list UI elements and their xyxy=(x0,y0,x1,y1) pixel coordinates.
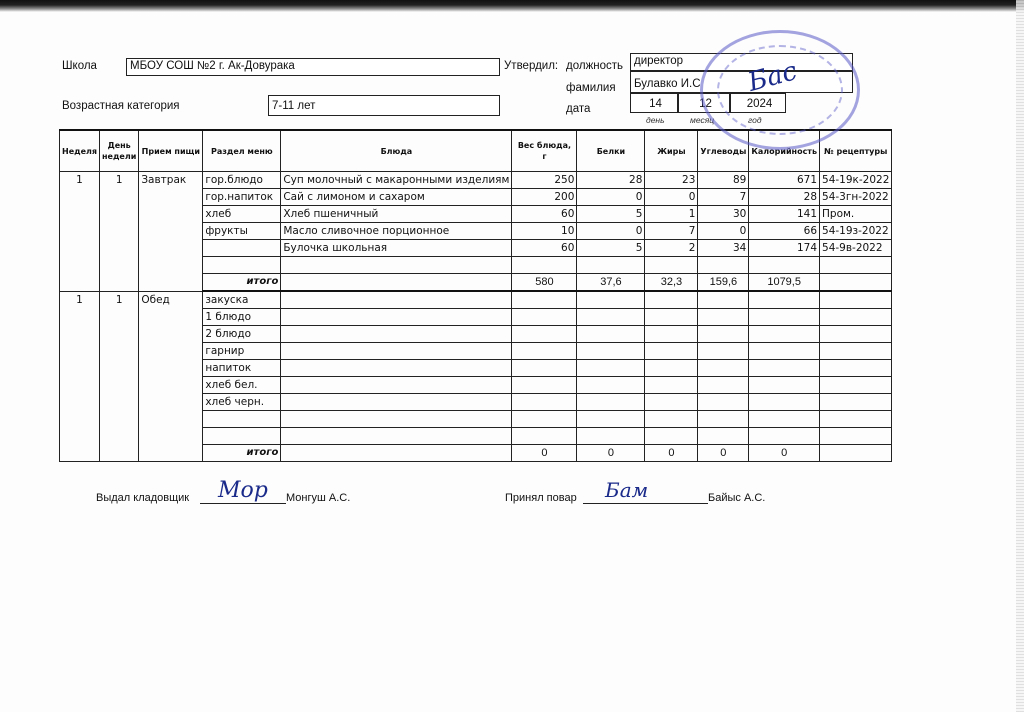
empty-cell xyxy=(512,309,577,326)
empty-cell xyxy=(512,428,577,445)
empty-cell xyxy=(698,377,749,394)
kcal-cell: 141 xyxy=(749,206,820,223)
empty-cell xyxy=(281,326,512,343)
meal-cell: Обед xyxy=(139,291,203,462)
total-weight: 0 xyxy=(512,445,577,462)
empty-cell xyxy=(749,428,820,445)
menu-table: Неделя День недели Прием пищи Раздел мен… xyxy=(59,129,892,462)
kcal-cell xyxy=(749,257,820,274)
col-dish: Блюда xyxy=(281,130,512,172)
empty-cell xyxy=(512,326,577,343)
empty-cell xyxy=(577,360,645,377)
total-recipe-cell xyxy=(820,445,892,462)
total-dish-cell xyxy=(281,274,512,292)
breakfast-section: 11Завтракгор.блюдоСуп молочный с макарон… xyxy=(60,172,892,292)
empty-cell xyxy=(645,291,698,309)
weight-cell: 10 xyxy=(512,223,577,240)
empty-cell xyxy=(645,377,698,394)
weight-cell: 200 xyxy=(512,189,577,206)
received-signature-line xyxy=(583,503,708,504)
kcal-cell: 671 xyxy=(749,172,820,189)
empty-cell xyxy=(577,394,645,411)
empty-cell xyxy=(645,360,698,377)
empty-cell xyxy=(749,309,820,326)
section-cell xyxy=(203,428,281,445)
recipe-cell: 54-19к-2022 xyxy=(820,172,892,189)
total-label: итого xyxy=(203,445,281,462)
school-label: Школа xyxy=(62,60,97,72)
empty-cell xyxy=(281,343,512,360)
section-cell xyxy=(203,240,281,257)
recipe-cell xyxy=(820,257,892,274)
table-row: 11Обедзакуска xyxy=(60,291,892,309)
scan-edge-right xyxy=(1016,0,1024,712)
fat-cell: 1 xyxy=(645,206,698,223)
empty-cell xyxy=(749,360,820,377)
empty-cell xyxy=(749,377,820,394)
surname-label: фамилия xyxy=(566,82,616,94)
section-cell: фрукты xyxy=(203,223,281,240)
empty-cell xyxy=(698,343,749,360)
total-fat: 32,3 xyxy=(645,274,698,292)
weight-cell: 250 xyxy=(512,172,577,189)
empty-cell xyxy=(820,428,892,445)
empty-cell xyxy=(512,360,577,377)
section-cell: гарнир xyxy=(203,343,281,360)
empty-cell xyxy=(749,394,820,411)
protein-cell: 5 xyxy=(577,240,645,257)
empty-cell xyxy=(820,394,892,411)
empty-cell xyxy=(577,309,645,326)
weight-cell: 60 xyxy=(512,206,577,223)
issued-signature: Мор xyxy=(218,478,268,503)
empty-cell xyxy=(820,360,892,377)
day-caption: день xyxy=(646,115,665,125)
carbs-cell xyxy=(698,257,749,274)
table-row: 11Завтракгор.блюдоСуп молочный с макарон… xyxy=(60,172,892,189)
empty-cell xyxy=(645,326,698,343)
protein-cell: 5 xyxy=(577,206,645,223)
carbs-cell: 30 xyxy=(698,206,749,223)
recipe-cell: 54-3гн-2022 xyxy=(820,189,892,206)
total-label: итого xyxy=(203,274,281,292)
col-week: Неделя xyxy=(60,130,100,172)
protein-cell: 0 xyxy=(577,189,645,206)
empty-cell xyxy=(577,411,645,428)
empty-cell xyxy=(281,360,512,377)
empty-cell xyxy=(512,343,577,360)
empty-cell xyxy=(820,377,892,394)
dish-cell: Масло сливочное порционное xyxy=(281,223,512,240)
empty-cell xyxy=(281,309,512,326)
empty-cell xyxy=(698,309,749,326)
protein-cell: 0 xyxy=(577,223,645,240)
section-cell: 2 блюдо xyxy=(203,326,281,343)
weight-cell xyxy=(512,257,577,274)
total-protein: 0 xyxy=(577,445,645,462)
total-recipe-cell xyxy=(820,274,892,292)
section-cell: гор.напиток xyxy=(203,189,281,206)
section-cell: 1 блюдо xyxy=(203,309,281,326)
empty-cell xyxy=(645,309,698,326)
issued-name: Монгуш А.С. xyxy=(286,492,350,504)
col-section: Раздел меню xyxy=(203,130,281,172)
empty-cell xyxy=(820,309,892,326)
empty-cell xyxy=(512,291,577,309)
day-cell: 1 xyxy=(100,291,139,462)
empty-cell xyxy=(749,343,820,360)
empty-cell xyxy=(512,411,577,428)
empty-cell xyxy=(281,377,512,394)
empty-cell xyxy=(512,394,577,411)
empty-cell xyxy=(577,428,645,445)
position-label: должность xyxy=(566,60,623,72)
empty-cell xyxy=(281,411,512,428)
received-signature: Бам xyxy=(605,478,648,502)
kcal-cell: 28 xyxy=(749,189,820,206)
week-cell: 1 xyxy=(60,291,100,462)
empty-cell xyxy=(698,291,749,309)
kcal-cell: 66 xyxy=(749,223,820,240)
section-cell: хлеб бел. xyxy=(203,377,281,394)
total-kcal: 1079,5 xyxy=(749,274,820,292)
weight-cell: 60 xyxy=(512,240,577,257)
empty-cell xyxy=(698,394,749,411)
carbs-cell: 7 xyxy=(698,189,749,206)
issued-label: Выдал кладовщик xyxy=(96,492,189,504)
fat-cell: 0 xyxy=(645,189,698,206)
carbs-cell: 0 xyxy=(698,223,749,240)
empty-cell xyxy=(698,360,749,377)
empty-cell xyxy=(749,411,820,428)
col-weight: Вес блюда, г xyxy=(512,130,577,172)
fat-cell: 23 xyxy=(645,172,698,189)
empty-cell xyxy=(820,291,892,309)
age-category-field: 7-11 лет xyxy=(268,95,500,116)
dish-cell xyxy=(281,257,512,274)
col-meal: Прием пищи xyxy=(139,130,203,172)
dish-cell: Булочка школьная xyxy=(281,240,512,257)
empty-cell xyxy=(577,377,645,394)
total-dish-cell xyxy=(281,445,512,462)
section-cell xyxy=(203,257,281,274)
col-fat: Жиры xyxy=(645,130,698,172)
empty-cell xyxy=(820,411,892,428)
total-carbs: 0 xyxy=(698,445,749,462)
issued-signature-line xyxy=(200,503,286,504)
empty-cell xyxy=(698,411,749,428)
received-name: Байыс А.С. xyxy=(708,492,765,504)
empty-cell xyxy=(820,343,892,360)
recipe-cell: 54-19з-2022 xyxy=(820,223,892,240)
kcal-cell: 174 xyxy=(749,240,820,257)
fat-cell xyxy=(645,257,698,274)
week-cell: 1 xyxy=(60,172,100,292)
empty-cell xyxy=(577,326,645,343)
age-category-label: Возрастная категория xyxy=(62,100,180,112)
protein-cell xyxy=(577,257,645,274)
received-label: Принял повар xyxy=(505,492,577,504)
protein-cell: 28 xyxy=(577,172,645,189)
empty-cell xyxy=(645,411,698,428)
dish-cell: Хлеб пшеничный xyxy=(281,206,512,223)
col-protein: Белки xyxy=(577,130,645,172)
dish-cell: Сай с лимоном и сахаром xyxy=(281,189,512,206)
empty-cell xyxy=(749,326,820,343)
lunch-section: 11Обедзакуска1 блюдо2 блюдогарнирнапиток… xyxy=(60,291,892,462)
empty-cell xyxy=(645,428,698,445)
section-cell: хлеб xyxy=(203,206,281,223)
empty-cell xyxy=(645,394,698,411)
empty-cell xyxy=(749,291,820,309)
section-cell: гор.блюдо xyxy=(203,172,281,189)
total-kcal: 0 xyxy=(749,445,820,462)
empty-cell xyxy=(281,291,512,309)
scan-edge-top xyxy=(0,0,1024,12)
total-carbs: 159,6 xyxy=(698,274,749,292)
dish-cell: Суп молочный с макаронными изделиям xyxy=(281,172,512,189)
date-label: дата xyxy=(566,103,590,115)
fat-cell: 7 xyxy=(645,223,698,240)
section-cell: хлеб черн. xyxy=(203,394,281,411)
recipe-cell: 54-9в-2022 xyxy=(820,240,892,257)
empty-cell xyxy=(645,343,698,360)
empty-cell xyxy=(698,428,749,445)
section-cell: закуска xyxy=(203,291,281,309)
date-day-field: 14 xyxy=(630,93,678,113)
total-protein: 37,6 xyxy=(577,274,645,292)
empty-cell xyxy=(281,394,512,411)
approved-label: Утвердил: xyxy=(504,60,558,72)
empty-cell xyxy=(577,291,645,309)
empty-cell xyxy=(512,377,577,394)
carbs-cell: 34 xyxy=(698,240,749,257)
recipe-cell: Пром. xyxy=(820,206,892,223)
empty-cell xyxy=(698,326,749,343)
fat-cell: 2 xyxy=(645,240,698,257)
section-cell: напиток xyxy=(203,360,281,377)
school-field: МБОУ СОШ №2 г. Ак-Довурака xyxy=(126,58,500,76)
carbs-cell: 89 xyxy=(698,172,749,189)
col-day: День недели xyxy=(100,130,139,172)
total-fat: 0 xyxy=(645,445,698,462)
total-weight: 580 xyxy=(512,274,577,292)
day-cell: 1 xyxy=(100,172,139,292)
meal-cell: Завтрак xyxy=(139,172,203,292)
section-cell xyxy=(203,411,281,428)
empty-cell xyxy=(577,343,645,360)
empty-cell xyxy=(281,428,512,445)
empty-cell xyxy=(820,326,892,343)
